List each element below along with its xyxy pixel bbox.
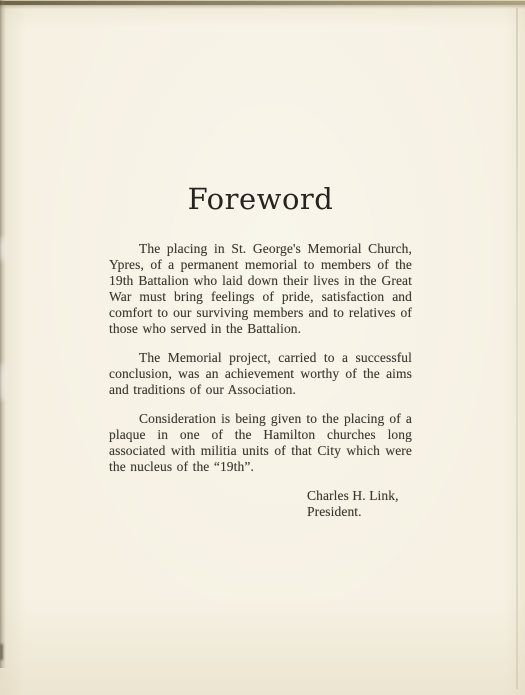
foreword-paragraph-1: The placing in St. George's Memorial Chu… xyxy=(109,241,412,337)
scanned-book-page: { "document": { "heading": "Foreword", "… xyxy=(0,0,525,695)
page-title: Foreword xyxy=(109,183,412,216)
foreword-paragraph-2: The Memorial project, carried to a succe… xyxy=(109,350,412,398)
left-edge-light-mark xyxy=(0,236,5,262)
left-edge-shadow xyxy=(0,0,6,668)
left-edge-light-mark xyxy=(0,362,5,402)
signature-name: Charles H. Link, xyxy=(307,488,412,504)
signature-title: President. xyxy=(307,504,412,520)
left-edge-dark-smudge xyxy=(0,644,3,660)
foreword-paragraph-3: Consideration is being given to the plac… xyxy=(109,411,412,475)
foreword-text-block: Foreword The placing in St. George's Mem… xyxy=(109,183,412,520)
top-edge-shadow xyxy=(0,0,525,5)
signature-block: Charles H. Link, President. xyxy=(307,488,412,520)
right-page-edge-line xyxy=(516,8,518,689)
